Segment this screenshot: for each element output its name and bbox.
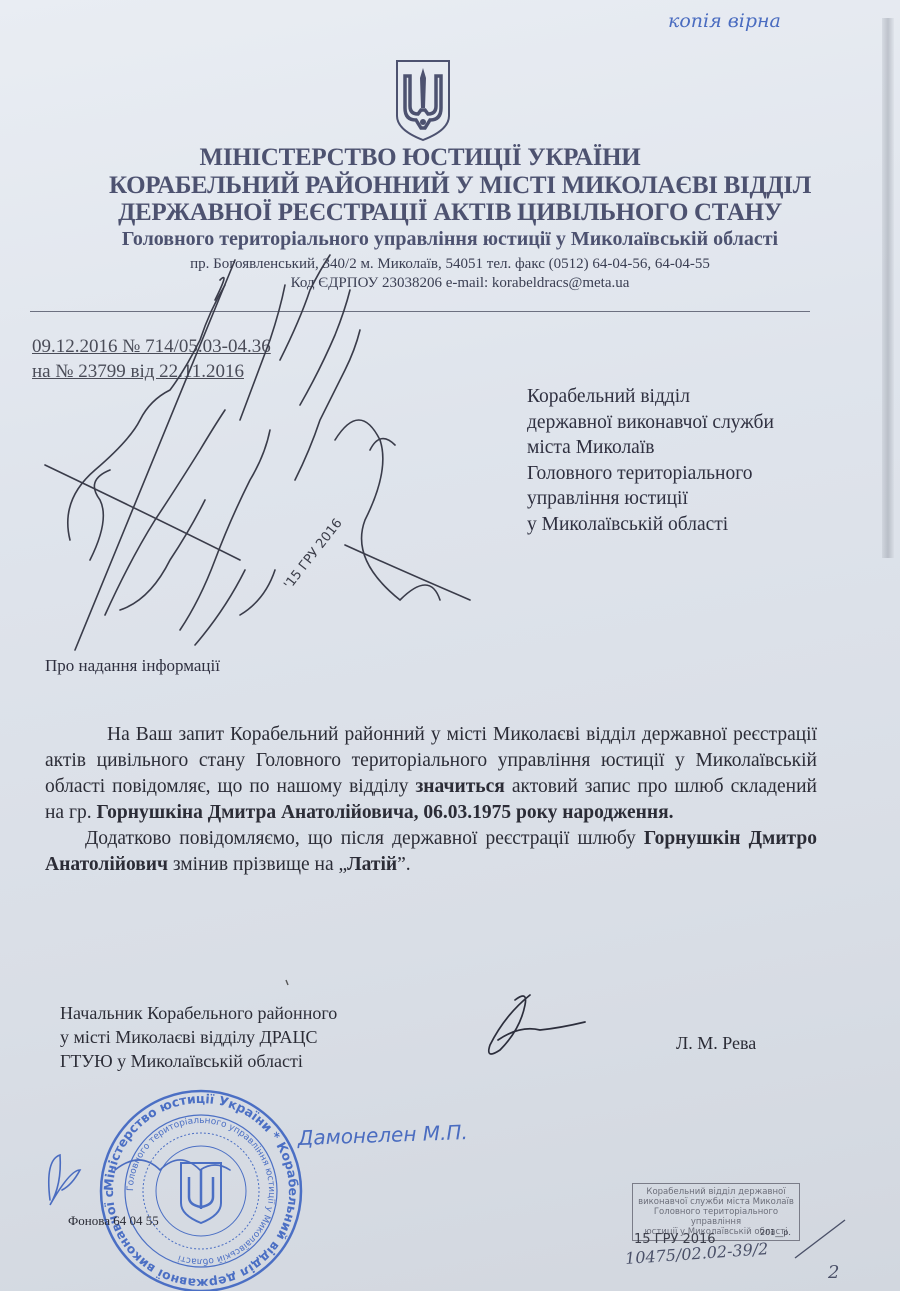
- addressee-line: державної виконавчої служби: [527, 410, 774, 436]
- letterhead-ministry: МІНІСТЕРСТВО ЮСТИЦІЇ УКРАЇНИ: [0, 144, 870, 172]
- contact-phone-note: Фонова 64 04 55: [68, 1213, 159, 1229]
- svg-text:'15 ГРУ 2016: '15 ГРУ 2016: [281, 516, 345, 592]
- trident-emblem-icon: [394, 58, 452, 142]
- letterhead-divider: [30, 311, 810, 312]
- body-paragraph-1: На Ваш запит Корабельний районний у міст…: [45, 722, 817, 826]
- letterhead-address: пр. Богоявленський, 340/2 м. Миколаїв, 5…: [0, 256, 900, 273]
- addressee-line: міста Миколаїв: [527, 435, 774, 461]
- letterhead-department: КОРАБЕЛЬНИЙ РАЙОННИЙ У МІСТІ МИКОЛАЄВІ В…: [10, 172, 900, 200]
- svg-text:Дамонелен М.П.: Дамонелен М.П.: [296, 1120, 468, 1150]
- addressee-line: у Миколаївській області: [527, 512, 774, 538]
- addressee-line: управління юстиції: [527, 486, 774, 512]
- incoming-stamp-year: 201__р.: [760, 1228, 791, 1237]
- letter-body: На Ваш запит Корабельний районний у міст…: [45, 722, 817, 878]
- addressee-line: Корабельний відділ: [527, 384, 774, 410]
- letterhead-parent-office: Головного територіального управління юст…: [0, 228, 900, 251]
- signatory-position: Начальник Корабельного районного у місті…: [60, 1001, 337, 1073]
- letterhead-department-cont: ДЕРЖАВНОЇ РЕЄСТРАЦІЇ АКТІВ ЦИВІЛЬНОГО СТ…: [0, 199, 900, 227]
- letterhead-codes: Код ЄДРПОУ 23038206 e-mail: korabeldracs…: [10, 275, 900, 292]
- outgoing-reference: 09.12.2016 № 714/05.03-04.36: [32, 336, 271, 358]
- addressee-block: Корабельний відділ державної виконавчої …: [527, 384, 774, 537]
- letter-subject: Про надання інформації: [45, 656, 220, 676]
- body-paragraph-2: Додатково повідомляємо, що після державн…: [45, 826, 817, 878]
- handwritten-copy-certified-note: копія вірна: [668, 10, 781, 32]
- signatory-name: Л. М. Рева: [676, 1033, 756, 1054]
- addressee-line: Головного територіального: [527, 461, 774, 487]
- round-official-stamp: Міністерство юстиції України * Корабельн…: [95, 1085, 307, 1291]
- page-number-mark: 2: [828, 1262, 839, 1283]
- incoming-reference: на № 23799 від 22.11.2016: [32, 361, 244, 383]
